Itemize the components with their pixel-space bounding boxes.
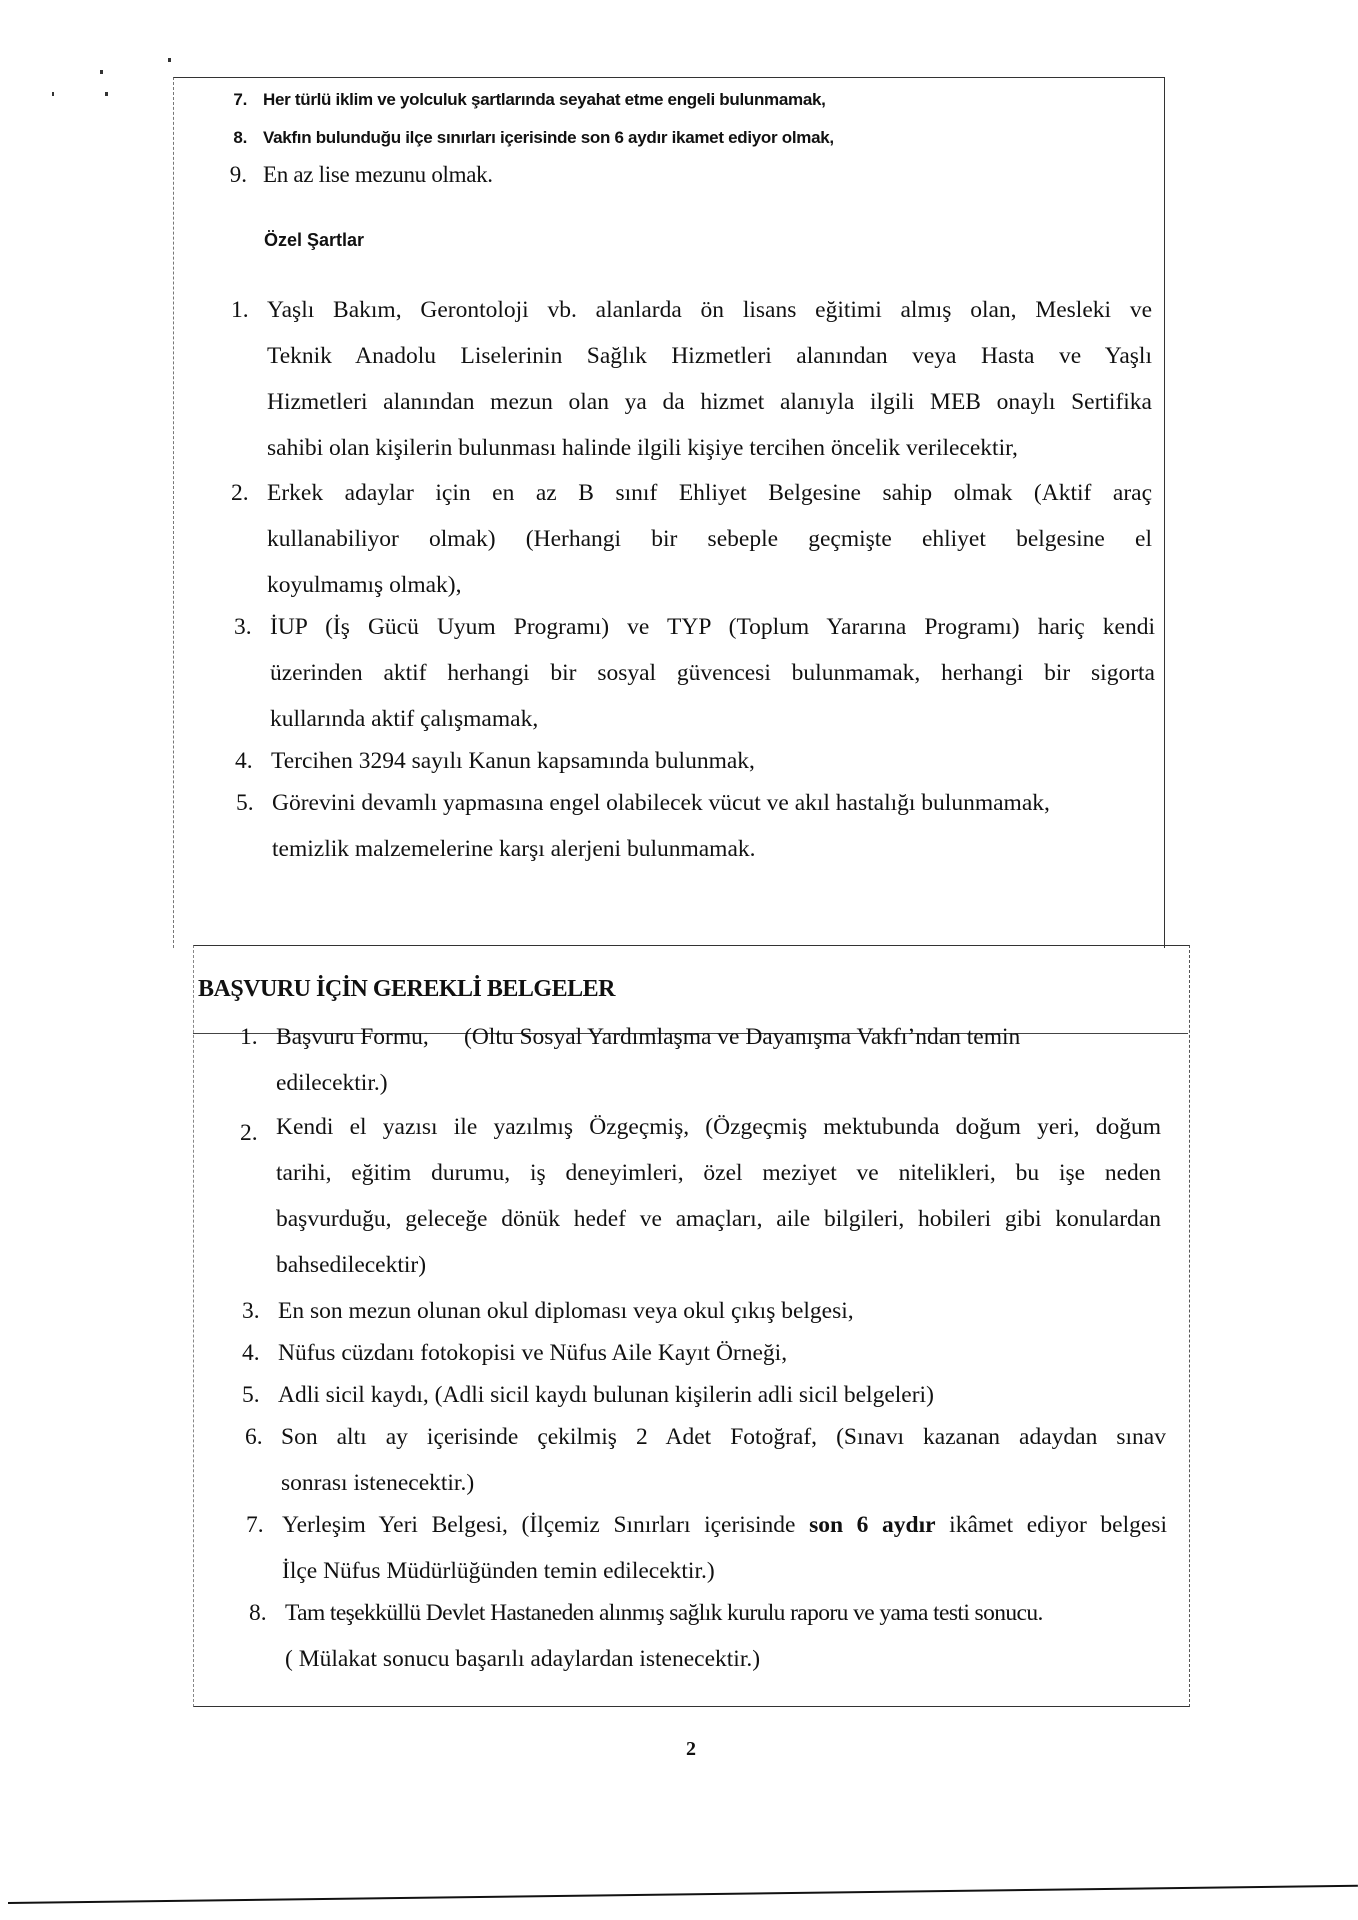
item-line: Görevini devamlı yapmasına engel olabile… bbox=[272, 780, 1157, 826]
item-line: tarihi, eğitim durumu, iş deneyimleri, ö… bbox=[276, 1150, 1161, 1196]
item-number: 4. bbox=[235, 738, 253, 784]
item-line: sonrası istenecektir.) bbox=[281, 1460, 1166, 1506]
item-number: 2. bbox=[231, 470, 249, 516]
item-line: üzerinden aktif herhangi bir sosyal güve… bbox=[270, 650, 1155, 696]
document-item: 6. Son altı ay içerisinde çekilmiş 2 Ade… bbox=[281, 1414, 1166, 1506]
item-text: Vakfın bulunduğu ilçe sınırları içerisin… bbox=[263, 128, 834, 148]
special-conditions-heading: Özel Şartlar bbox=[264, 230, 364, 251]
document-item: 1. Başvuru Formu, (Oltu Sosyal Yardımlaş… bbox=[276, 1014, 1161, 1106]
item-line: temizlik malzemelerine karşı alerjeni bu… bbox=[272, 826, 1157, 872]
item-number: 8. bbox=[221, 128, 247, 148]
item-number: 5. bbox=[236, 780, 254, 826]
item-number: 6. bbox=[245, 1414, 263, 1460]
item-line: Nüfus cüzdanı fotokopisi ve Nüfus Aile K… bbox=[278, 1330, 1163, 1376]
item-number: 9. bbox=[221, 162, 247, 188]
item-line: sahibi olan kişilerin bulunması halinde … bbox=[267, 425, 1152, 471]
document-item: 3. En son mezun olunan okul diploması ve… bbox=[278, 1288, 1163, 1334]
document-item: 8. Tam teşekküllü Devlet Hastaneden alın… bbox=[285, 1590, 1170, 1682]
document-item: 2. Kendi el yazısı ile yazılmış Özgeçmiş… bbox=[276, 1104, 1161, 1288]
special-condition-item: 5. Görevini devamlı yapmasına engel olab… bbox=[272, 780, 1157, 872]
item-line: edilecektir.) bbox=[276, 1060, 1161, 1106]
item-number: 3. bbox=[242, 1288, 260, 1334]
item-line-part: ikâmet ediyor belgesi bbox=[936, 1512, 1167, 1538]
document-item: 5. Adli sicil kaydı, (Adli sicil kaydı b… bbox=[278, 1372, 1163, 1418]
item-line: İlçe Nüfus Müdürlüğünden temin edilecekt… bbox=[282, 1548, 1167, 1594]
item-number: 7. bbox=[246, 1502, 264, 1548]
scan-speck bbox=[100, 70, 103, 74]
scan-edge-line bbox=[8, 1885, 1358, 1904]
item-line-part: Yerleşim Yeri Belgesi, (İlçemiz Sınırlar… bbox=[282, 1512, 809, 1538]
required-documents-heading: BAŞVURU İÇİN GEREKLİ BELGELER bbox=[198, 976, 615, 1003]
item-line: Kendi el yazısı ile yazılmış Özgeçmiş, (… bbox=[276, 1104, 1161, 1150]
item-text: Her türlü iklim ve yolculuk şartlarında … bbox=[263, 90, 826, 110]
item-number: 8. bbox=[249, 1590, 267, 1636]
item-line: ( Mülakat sonucu başarılı adaylardan ist… bbox=[285, 1636, 1170, 1682]
item-number: 4. bbox=[242, 1330, 260, 1376]
document-item: 7. Yerleşim Yeri Belgesi, (İlçemiz Sınır… bbox=[282, 1502, 1167, 1594]
item-line: Tam teşekküllü Devlet Hastaneden alınmış… bbox=[285, 1590, 1170, 1636]
item-number: 7. bbox=[221, 90, 247, 110]
item-line: İUP (İş Gücü Uyum Programı) ve TYP (Topl… bbox=[270, 604, 1155, 650]
item-line-emphasis: son 6 aydır bbox=[809, 1512, 936, 1538]
item-number: 1. bbox=[231, 287, 249, 333]
item-text: En az lise mezunu olmak. bbox=[263, 162, 493, 188]
item-number: 3. bbox=[234, 604, 252, 650]
item-number: 1. bbox=[240, 1014, 258, 1060]
scan-speck bbox=[105, 92, 108, 96]
item-line: En son mezun olunan okul diploması veya … bbox=[278, 1288, 1163, 1334]
item-line: başvurduğu, geleceğe dönük hedef ve amaç… bbox=[276, 1196, 1161, 1242]
special-condition-item: 3. İUP (İş Gücü Uyum Programı) ve TYP (T… bbox=[270, 604, 1155, 742]
item-number: 2. bbox=[240, 1110, 258, 1156]
item-number: 5. bbox=[242, 1372, 260, 1418]
item-line: Yaşlı Bakım, Gerontoloji vb. alanlarda ö… bbox=[267, 287, 1152, 333]
page-number: 2 bbox=[686, 1738, 696, 1761]
item-line: kullarında aktif çalışmamak, bbox=[270, 696, 1155, 742]
scan-speck bbox=[168, 58, 171, 62]
special-condition-item: 4. Tercihen 3294 sayılı Kanun kapsamında… bbox=[271, 738, 1156, 784]
item-line: Adli sicil kaydı, (Adli sicil kaydı bulu… bbox=[278, 1372, 1163, 1418]
item-line: Tercihen 3294 sayılı Kanun kapsamında bu… bbox=[271, 738, 1156, 784]
item-line: kullanabiliyor olmak) (Herhangi bir sebe… bbox=[267, 516, 1152, 562]
item-line: Son altı ay içerisinde çekilmiş 2 Adet F… bbox=[281, 1414, 1166, 1460]
item-line: Teknik Anadolu Liselerinin Sağlık Hizmet… bbox=[267, 333, 1152, 379]
item-line: Erkek adaylar için en az B sınıf Ehliyet… bbox=[267, 470, 1152, 516]
document-item: 4. Nüfus cüzdanı fotokopisi ve Nüfus Ail… bbox=[278, 1330, 1163, 1376]
item-line: Yerleşim Yeri Belgesi, (İlçemiz Sınırlar… bbox=[282, 1502, 1167, 1548]
item-line: koyulmamış olmak), bbox=[267, 562, 1152, 608]
item-line: bahsedilecektir) bbox=[276, 1242, 1161, 1288]
item-line: Hizmetleri alanından mezun olan ya da hi… bbox=[267, 379, 1152, 425]
special-condition-item: 1. Yaşlı Bakım, Gerontoloji vb. alanlard… bbox=[267, 287, 1152, 471]
item-line: Başvuru Formu, (Oltu Sosyal Yardımlaşma … bbox=[276, 1014, 1161, 1060]
scan-speck bbox=[52, 92, 54, 96]
special-condition-item: 2. Erkek adaylar için en az B sınıf Ehli… bbox=[267, 470, 1152, 608]
